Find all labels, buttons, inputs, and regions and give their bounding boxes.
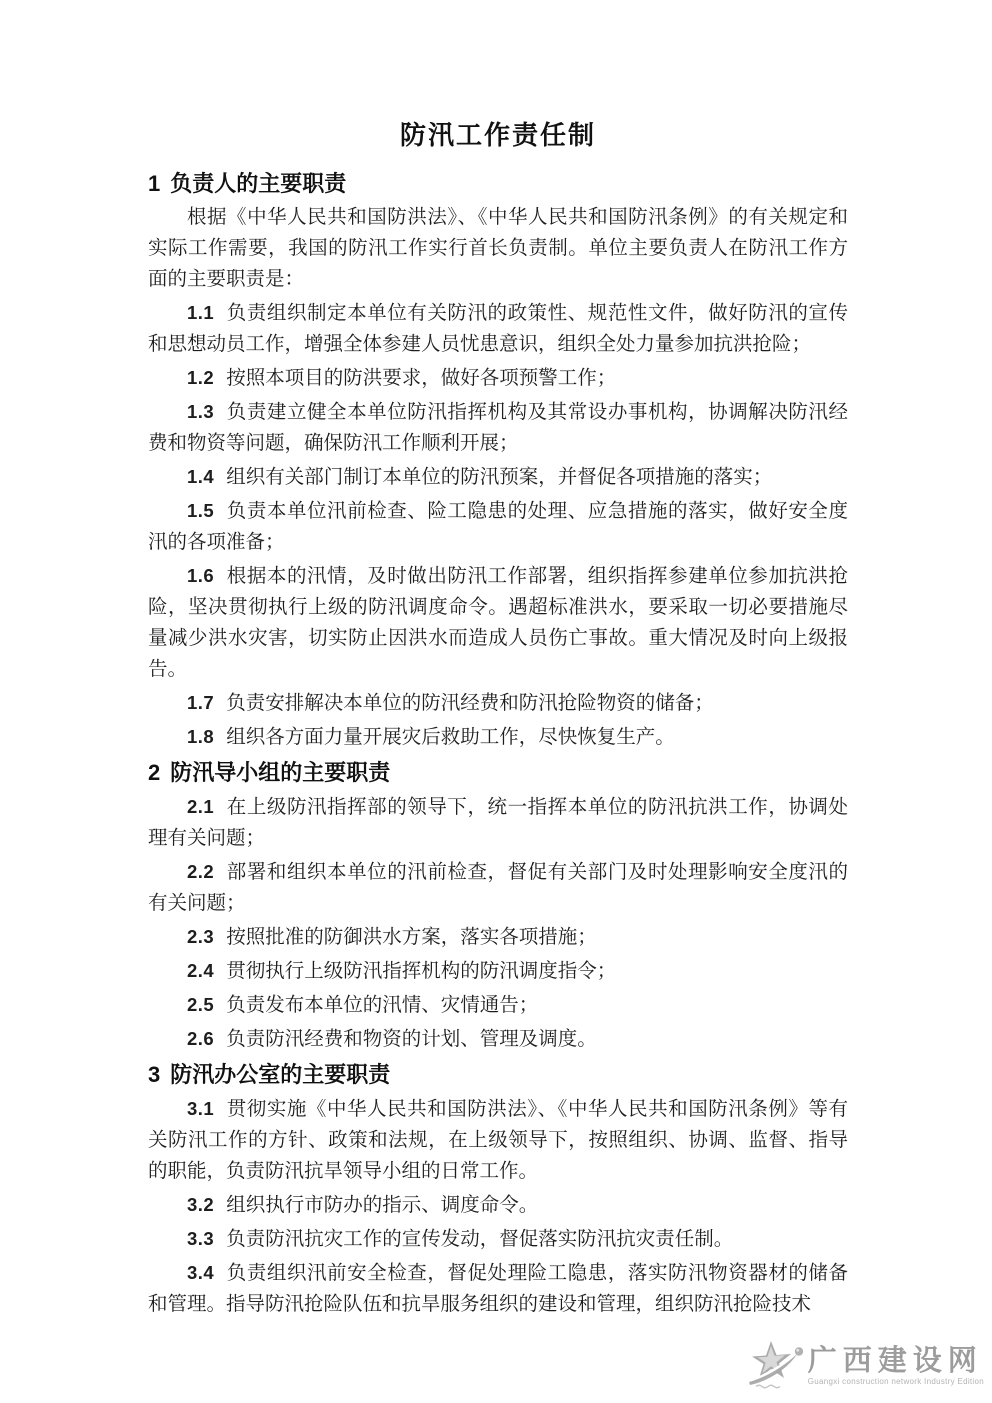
- paragraph: 3.3负责防汛抗灾工作的宣传发动，督促落实防汛抗灾责任制。: [148, 1223, 848, 1255]
- item-number: 1.4: [187, 466, 214, 487]
- section-heading: 3防汛办公室的主要职责: [148, 1057, 848, 1093]
- paragraph: 3.1贯彻实施《中华人民共和国防洪法》、《中华人民共和国防汛条例》等有关防汛工作…: [148, 1093, 848, 1187]
- section-number: 1: [148, 171, 160, 196]
- paragraph: 2.2部署和组织本单位的汛前检查，督促有关部门及时处理影响安全度汛的有关问题；: [148, 856, 848, 919]
- paragraph-text: 负责安排解决本单位的防汛经费和防汛抢险物资的储备；: [226, 693, 714, 714]
- paragraph: 1.1负责组织制定本单位有关防汛的政策性、规范性文件，做好防汛的宣传和思想动员工…: [148, 297, 848, 360]
- item-number: 1.7: [187, 692, 214, 713]
- item-number: 1.1: [187, 302, 214, 323]
- paragraph: 2.3按照批准的防御洪水方案，落实各项措施；: [148, 921, 848, 953]
- paragraph: 1.8组织各方面力量开展灾后救助工作，尽快恢复生产。: [148, 721, 848, 753]
- watermark: 广西建设网 Guangxi construction network Indus…: [744, 1337, 984, 1393]
- paragraph-text: 负责组织制定本单位有关防汛的政策性、规范性文件，做好防汛的宣传和思想动员工作，增…: [148, 303, 848, 355]
- item-number: 2.6: [187, 1028, 214, 1049]
- section-label: 负责人的主要职责: [170, 171, 346, 196]
- paragraph-text: 组织执行市防办的指示、调度命令。: [226, 1195, 538, 1216]
- paragraph: 1.4组织有关部门制订本单位的防汛预案，并督促各项措施的落实；: [148, 461, 848, 493]
- star-swoosh-logo-icon: [744, 1337, 806, 1393]
- section-label: 防汛办公室的主要职责: [170, 1062, 390, 1087]
- item-number: 3.2: [187, 1194, 214, 1215]
- paragraph-text: 组织有关部门制订本单位的防汛预案，并督促各项措施的落实；: [226, 467, 772, 488]
- document-sections: 1负责人的主要职责根据《中华人民共和国防洪法》、《中华人民共和国防汛条例》的有关…: [148, 166, 848, 1320]
- paragraph: 3.4负责组织汛前安全检查，督促处理险工隐患，落实防汛物资器材的储备和管理。指导…: [148, 1257, 848, 1320]
- watermark-site-tagline: Guangxi construction network Industry Ed…: [808, 1376, 984, 1387]
- section-heading: 2防汛导小组的主要职责: [148, 755, 848, 791]
- paragraph: 2.1在上级防汛指挥部的领导下，统一指挥本单位的防汛抗洪工作，协调处理有关问题；: [148, 791, 848, 854]
- document-page: 防汛工作责任制 1负责人的主要职责根据《中华人民共和国防洪法》、《中华人民共和国…: [0, 0, 992, 1403]
- item-number: 2.2: [187, 861, 214, 882]
- item-number: 3.1: [187, 1098, 214, 1119]
- paragraph-text: 在上级防汛指挥部的领导下，统一指挥本单位的防汛抗洪工作，协调处理有关问题；: [148, 797, 848, 849]
- item-number: 2.5: [187, 994, 214, 1015]
- watermark-text: 广西建设网 Guangxi construction network Indus…: [808, 1346, 984, 1393]
- paragraph-text: 按照本项目的防洪要求，做好各项预警工作；: [226, 368, 616, 389]
- item-number: 3.3: [187, 1228, 214, 1249]
- paragraph-text: 负责发布本单位的汛情、灾情通告；: [226, 995, 538, 1016]
- paragraph-text: 负责组织汛前安全检查，督促处理险工隐患，落实防汛物资器材的储备和管理。指导防汛抢…: [148, 1263, 848, 1315]
- document-content: 防汛工作责任制 1负责人的主要职责根据《中华人民共和国防洪法》、《中华人民共和国…: [148, 114, 848, 1322]
- item-number: 2.3: [187, 926, 214, 947]
- document-title: 防汛工作责任制: [148, 114, 848, 158]
- item-number: 1.2: [187, 367, 214, 388]
- paragraph-text: 按照批准的防御洪水方案，落实各项措施；: [226, 927, 597, 948]
- paragraph: 1.7负责安排解决本单位的防汛经费和防汛抢险物资的储备；: [148, 687, 848, 719]
- item-number: 1.6: [187, 565, 214, 586]
- item-number: 1.8: [187, 726, 214, 747]
- section-number: 3: [148, 1062, 160, 1087]
- paragraph-text: 根据《中华人民共和国防洪法》、《中华人民共和国防汛条例》的有关规定和实际工作需要…: [148, 207, 848, 290]
- paragraph-text: 负责防汛经费和物资的计划、管理及调度。: [226, 1029, 597, 1050]
- paragraph: 1.6根据本的汛情，及时做出防汛工作部署，组织指挥参建单位参加抗洪抢险，坚决贯彻…: [148, 560, 848, 685]
- paragraph: 2.5负责发布本单位的汛情、灾情通告；: [148, 989, 848, 1021]
- paragraph-text: 贯彻执行上级防汛指挥机构的防汛调度指令；: [226, 961, 616, 982]
- section-heading: 1负责人的主要职责: [148, 166, 848, 202]
- paragraph: 1.5负责本单位汛前检查、险工隐患的处理、应急措施的落实，做好安全度汛的各项准备…: [148, 495, 848, 558]
- paragraph: 1.3负责建立健全本单位防汛指挥机构及其常设办事机构，协调解决防汛经费和物资等问…: [148, 396, 848, 459]
- item-number: 2.4: [187, 960, 214, 981]
- paragraph-text: 负责本单位汛前检查、险工隐患的处理、应急措施的落实，做好安全度汛的各项准备；: [148, 501, 848, 553]
- item-number: 2.1: [187, 796, 214, 817]
- section-label: 防汛导小组的主要职责: [170, 760, 390, 785]
- paragraph: 1.2按照本项目的防洪要求，做好各项预警工作；: [148, 362, 848, 394]
- paragraph-text: 负责建立健全本单位防汛指挥机构及其常设办事机构，协调解决防汛经费和物资等问题，确…: [148, 402, 848, 454]
- section-number: 2: [148, 760, 160, 785]
- watermark-site-name: 广西建设网: [808, 1346, 983, 1376]
- item-number: 1.5: [187, 500, 214, 521]
- paragraph: 根据《中华人民共和国防洪法》、《中华人民共和国防汛条例》的有关规定和实际工作需要…: [148, 202, 848, 295]
- paragraph: 2.4贯彻执行上级防汛指挥机构的防汛调度指令；: [148, 955, 848, 987]
- paragraph: 3.2组织执行市防办的指示、调度命令。: [148, 1189, 848, 1221]
- item-number: 1.3: [187, 401, 214, 422]
- paragraph-text: 根据本的汛情，及时做出防汛工作部署，组织指挥参建单位参加抗洪抢险，坚决贯彻执行上…: [148, 566, 848, 680]
- paragraph-text: 组织各方面力量开展灾后救助工作，尽快恢复生产。: [226, 727, 675, 748]
- paragraph-text: 负责防汛抗灾工作的宣传发动，督促落实防汛抗灾责任制。: [226, 1229, 733, 1250]
- paragraph-text: 部署和组织本单位的汛前检查，督促有关部门及时处理影响安全度汛的有关问题；: [148, 862, 848, 914]
- item-number: 3.4: [187, 1262, 214, 1283]
- paragraph: 2.6负责防汛经费和物资的计划、管理及调度。: [148, 1023, 848, 1055]
- paragraph-text: 贯彻实施《中华人民共和国防洪法》、《中华人民共和国防汛条例》等有关防汛工作的方针…: [148, 1099, 848, 1182]
